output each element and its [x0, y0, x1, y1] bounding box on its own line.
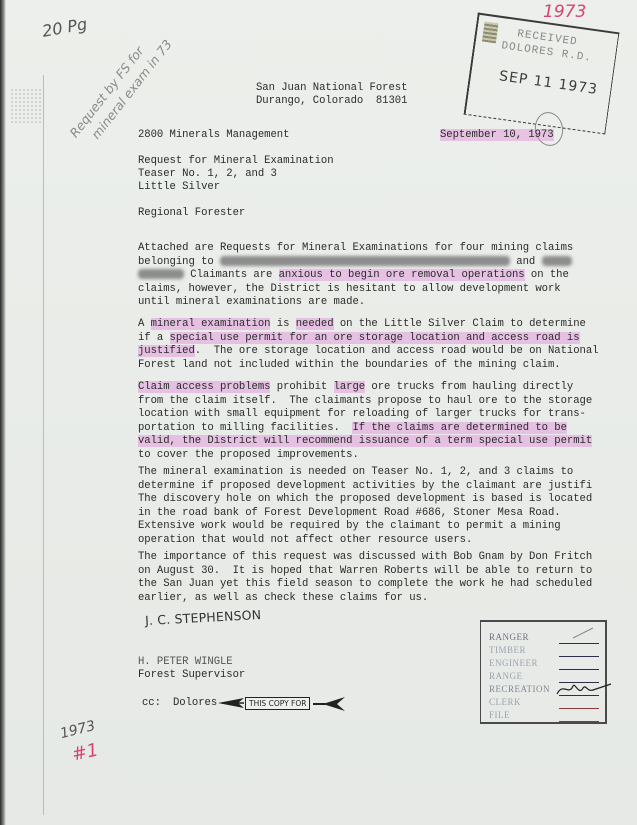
routing-row-label: TIMBER	[489, 645, 526, 655]
routing-row-label: RANGE	[489, 671, 523, 681]
p2-text: if a	[138, 332, 170, 344]
p2-highlight: special use permit for an ore storage lo…	[170, 332, 580, 344]
paragraph-5: The importance of this request was discu…	[138, 551, 592, 605]
p4-line: The discovery hole on which the proposed…	[138, 493, 592, 507]
p1-text: Claimants are	[184, 269, 279, 281]
routing-row-label: CLERK	[489, 697, 521, 707]
p2-text: on the Little Silver Claim to determine	[334, 318, 586, 330]
arrow-left-icon	[218, 698, 244, 708]
p1-line: Attached are Requests for Mineral Examin…	[138, 242, 573, 256]
routing-row-label: RANGER	[489, 632, 529, 642]
p2-line: if a special use permit for an ore stora…	[138, 332, 598, 346]
p5-line: The importance of this request was discu…	[138, 551, 592, 565]
routing-row-line	[559, 643, 599, 644]
routing-box: RANGER TIMBER ENGINEER RANGE RECREATION …	[480, 620, 607, 724]
p4-line: The mineral examination is needed on Tea…	[138, 466, 592, 480]
redacted-claimant-name	[542, 256, 572, 266]
p4-line: determine if proposed development activi…	[138, 480, 592, 494]
p3-text: portation to milling facilities.	[138, 422, 352, 434]
p2-text: is	[270, 318, 295, 330]
p2-highlight: needed	[296, 318, 334, 330]
p1-line: claims, however, the District is hesitan…	[138, 283, 573, 297]
p1-text: belonging to	[138, 256, 220, 268]
p3-text: prohibit	[270, 381, 333, 393]
routing-row-label: RECREATION	[489, 684, 550, 694]
p2-line: justified. The ore storage location and …	[138, 345, 598, 359]
p1-line: until mineral examinations are made.	[138, 296, 573, 310]
p1-line: belonging to and	[138, 256, 573, 270]
p1-text: on the	[525, 269, 569, 281]
paragraph-3: Claim access problems prohibit large ore…	[138, 381, 592, 463]
letterhead-line-1: San Juan National Forest	[256, 82, 407, 96]
initials-mark-icon	[553, 678, 613, 700]
routing-row-line	[559, 656, 599, 657]
p2-highlight: mineral examination	[151, 318, 271, 330]
paragraph-2: A mineral examination is needed on the L…	[138, 318, 598, 372]
scan-edge-shadow	[0, 0, 6, 825]
redacted-claimant-name	[138, 269, 184, 279]
routing-row-line	[559, 708, 599, 709]
p4-line: Extensive work would be required by the …	[138, 520, 592, 534]
p2-text: A	[138, 318, 151, 330]
handwritten-year-top: 1973	[543, 2, 586, 22]
p5-line: on August 30. It is hoped that Warren Ro…	[138, 565, 592, 579]
p1-line: Claimants are anxious to begin ore remov…	[138, 269, 573, 283]
addressee: Regional Forester	[138, 207, 245, 221]
p2-highlight: justified	[138, 345, 195, 357]
p3-highlight: Claim access problems	[138, 381, 270, 393]
stamped-signature: J. C. STEPHENSON	[145, 607, 262, 628]
punch-hole-texture	[10, 88, 42, 124]
p3-line: Claim access problems prohibit large ore…	[138, 381, 592, 395]
p3-text: ore trucks from hauling directly	[365, 381, 573, 393]
routing-row-label: FILE	[489, 710, 510, 720]
p3-line: to cover the proposed improvements.	[138, 449, 592, 463]
file-code: 2800 Minerals Management	[138, 129, 289, 143]
routing-row-line	[559, 721, 599, 722]
letter-date-text: September 10, 1973	[440, 129, 554, 141]
routing-row-line	[559, 669, 599, 670]
p3-highlight: If the claims are determined to be	[352, 422, 566, 434]
p4-line: operation that would not affect other re…	[138, 534, 592, 548]
p5-line: earlier, as well as check these claims f…	[138, 592, 592, 606]
cc-label: cc:	[142, 697, 161, 711]
p3-line: from the claim itself. The claimants pro…	[138, 395, 592, 409]
check-mark-icon	[571, 626, 595, 640]
p3-line: portation to milling facilities. If the …	[138, 422, 592, 436]
subject-line-2: Teaser No. 1, 2, and 3	[138, 168, 277, 182]
p1-text: and	[510, 256, 542, 268]
handwritten-page-count: 20 Pg	[41, 14, 89, 41]
p4-line: in the road bank of Forest Development R…	[138, 507, 592, 521]
p3-line: location with small equipment for reload…	[138, 408, 592, 422]
signer-title: Forest Supervisor	[138, 669, 245, 683]
redacted-claimant-name	[220, 256, 510, 266]
stamp-date: SEP 11 1973	[498, 68, 599, 98]
letterhead-line-2: Durango, Colorado 81301	[256, 95, 407, 109]
letter-date: September 10, 1973	[440, 129, 554, 143]
stamp-seal-icon	[482, 22, 499, 44]
p3-highlight: valid, the District will recommend issua…	[138, 435, 592, 447]
subject-line-1: Request for Mineral Examination	[138, 155, 334, 169]
typed-name: H. PETER WINGLE	[138, 656, 233, 670]
this-copy-for-stamp: THIS COPY FOR	[245, 697, 310, 710]
subject-line-3: Little Silver	[138, 181, 220, 195]
scanned-letter-page: 20 Pg Request by FS for mineral exam in …	[0, 0, 637, 825]
handwritten-year-bottom: 1973	[59, 718, 97, 742]
p2-line: Forest land not included within the boun…	[138, 359, 598, 373]
handwritten-item-number: #1	[70, 739, 100, 765]
p2-text: . The ore storage location and access ro…	[195, 345, 599, 357]
paragraph-4: The mineral examination is needed on Tea…	[138, 466, 592, 548]
arrow-tail-icon	[313, 697, 345, 711]
margin-line	[43, 75, 44, 815]
routing-row-label: ENGINEER	[489, 658, 538, 668]
paragraph-1: Attached are Requests for Mineral Examin…	[138, 242, 573, 310]
p5-line: the San Juan yet this field season to co…	[138, 578, 592, 592]
p1-highlight: anxious to begin ore removal operations	[279, 269, 525, 281]
p2-line: A mineral examination is needed on the L…	[138, 318, 598, 332]
p3-highlight: large	[334, 381, 366, 393]
p3-line: valid, the District will recommend issua…	[138, 435, 592, 449]
cc-recipient: Dolores	[173, 697, 217, 711]
